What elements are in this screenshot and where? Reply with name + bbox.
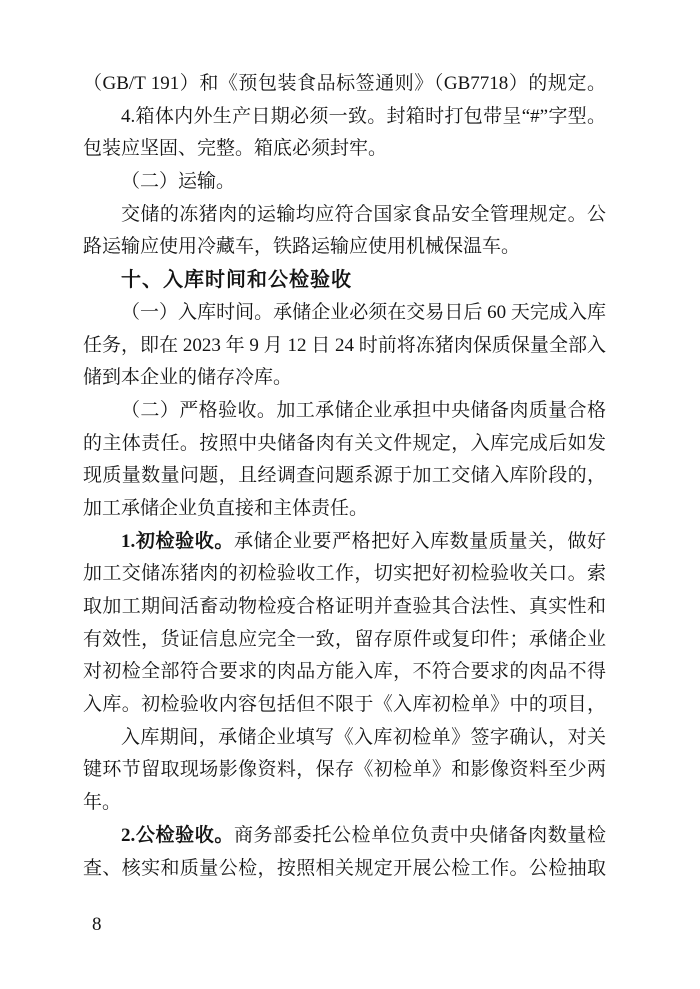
bold-lead-label: 1.初检验收。: [121, 531, 234, 552]
text-line: 路运输应使用冷藏车，铁路运输应使用机械保温车。: [83, 231, 606, 264]
text-line: 有效性，货证信息应完全一致，留存原件或复印件；承储企业: [83, 624, 606, 657]
text-line: （二）严格验收。加工承储企业承担中央储备肉质量合格: [83, 395, 606, 428]
text-line: 加工交储冻猪肉的初检验收工作，切实把好初检验收关口。索: [83, 558, 606, 591]
text-line: 年。: [83, 787, 606, 820]
text-line: 的主体责任。按照中央储备肉有关文件规定，入库完成后如发: [83, 428, 606, 461]
document-page: （GB/T 191）和《预包装食品标签通则》（GB7718）的规定。4.箱体内外…: [0, 0, 700, 989]
bold-lead-label: 2.公检验收。: [121, 825, 234, 846]
text-line: 1.初检验收。承储企业要严格把好入库数量质量关，做好: [83, 526, 606, 559]
text-line: 键环节留取现场影像资料，保存《初检单》和影像资料至少两: [83, 754, 606, 787]
text-line: 储到本企业的储存冷库。: [83, 362, 606, 395]
page-number: 8: [92, 912, 102, 938]
text-line: 加工承储企业负直接和主体责任。: [83, 493, 606, 526]
section-heading: 十、入库时间和公检验收: [83, 264, 606, 297]
text-line: （GB/T 191）和《预包装食品标签通则》（GB7718）的规定。: [83, 68, 606, 101]
text-line: 包装应坚固、完整。箱底必须封牢。: [83, 133, 606, 166]
document-body: （GB/T 191）和《预包装食品标签通则》（GB7718）的规定。4.箱体内外…: [83, 68, 606, 885]
text-line: 入库期间，承储企业填写《入库初检单》签字确认，对关: [83, 722, 606, 755]
text-line: 现质量数量问题，且经调查问题系源于加工交储入库阶段的，: [83, 460, 606, 493]
text-line: 入库。初检验收内容包括但不限于《入库初检单》中的项目，: [83, 689, 606, 722]
text-line: 4.箱体内外生产日期必须一致。封箱时打包带呈“#”字型。: [83, 101, 606, 134]
text-line: 交储的冻猪肉的运输均应符合国家食品安全管理规定。公: [83, 199, 606, 232]
text-line: 对初检全部符合要求的肉品方能入库，不符合要求的肉品不得: [83, 656, 606, 689]
text-line: （二）运输。: [83, 166, 606, 199]
text-line: 取加工期间活畜动物检疫合格证明并查验其合法性、真实性和: [83, 591, 606, 624]
text-line: （一）入库时间。承储企业必须在交易日后 60 天完成入库: [83, 297, 606, 330]
text-line: 查、核实和质量公检，按照相关规定开展公检工作。公检抽取: [83, 853, 606, 886]
text-line: 任务，即在 2023 年 9 月 12 日 24 时前将冻猪肉保质保量全部入: [83, 330, 606, 363]
text-line: 2.公检验收。商务部委托公检单位负责中央储备肉数量检: [83, 820, 606, 853]
